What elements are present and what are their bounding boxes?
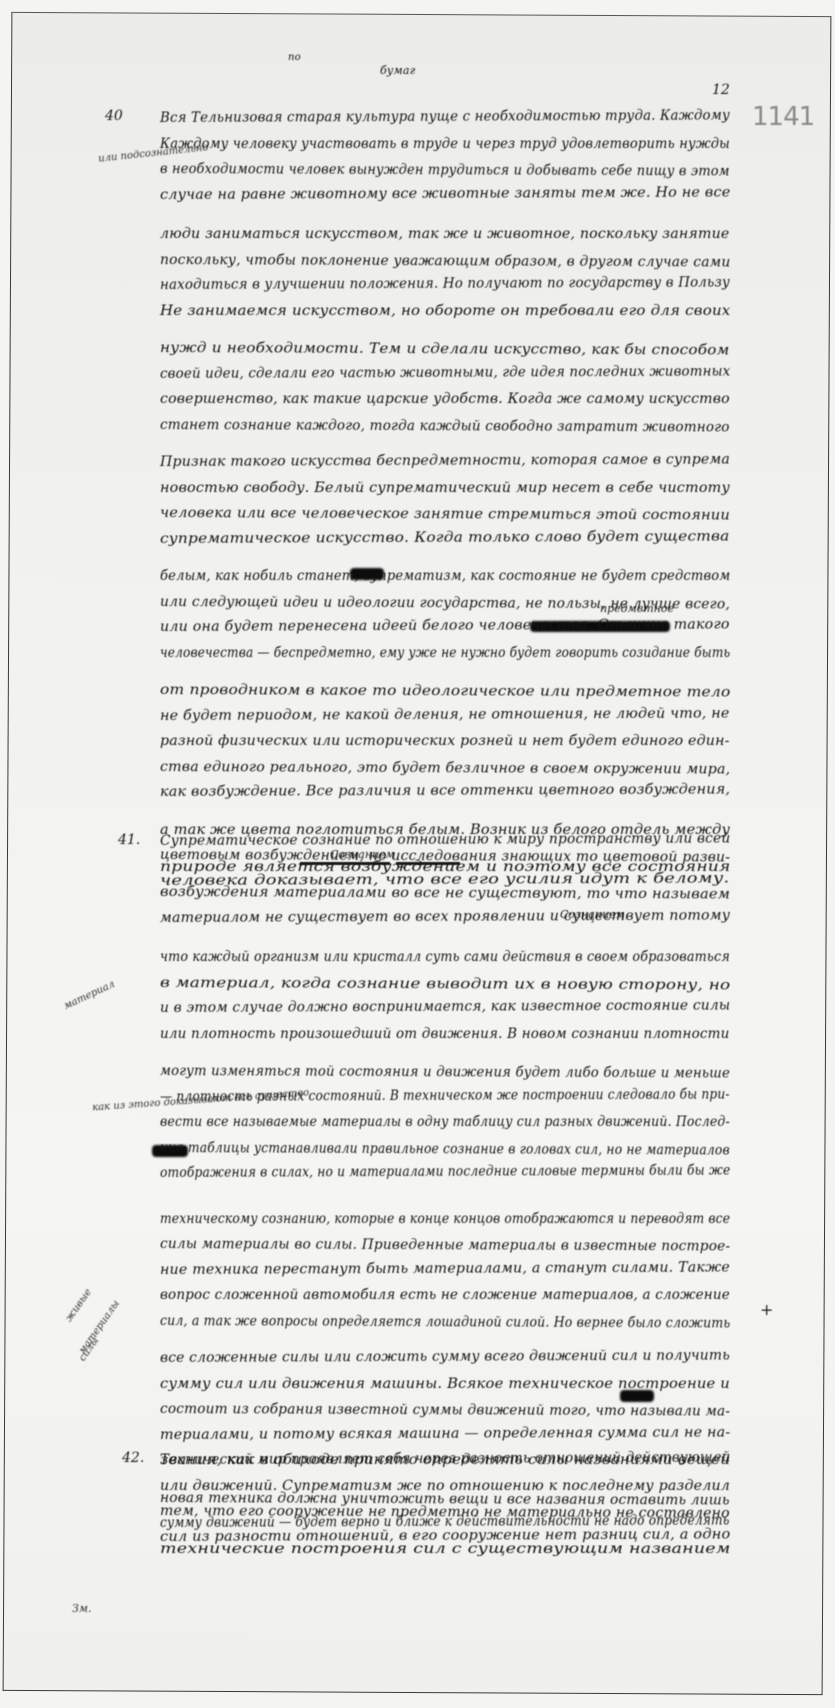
- section-number-40: 40: [105, 108, 123, 124]
- manuscript-line: возбуждения материалами во все не сущест…: [160, 884, 730, 902]
- manuscript-line: вести все называемые материалы в одну та…: [160, 1114, 730, 1130]
- manuscript-line: или следующей идеи и идеологии государст…: [160, 594, 730, 612]
- manuscript-line: станет сознание каждого, тогда каждый св…: [160, 417, 730, 435]
- manuscript-line: материалом не существует во всех проявле…: [160, 907, 730, 925]
- manuscript-line: техническому сознанию, которые в конце к…: [160, 1211, 730, 1227]
- manuscript-line: все сложенные силы или сложить сумму все…: [160, 1348, 730, 1366]
- manuscript-line: белым, как нобиль станет, супрематизм, к…: [160, 568, 730, 584]
- manuscript-line: Супрематическое сознание по отношению к …: [160, 831, 731, 849]
- manuscript-line: человечества — беспредметно, ему уже не …: [160, 645, 730, 661]
- manuscript-line: териалами, и потому всякая машина — опре…: [160, 1424, 730, 1442]
- manuscript-line: разной физических или исторических розне…: [160, 733, 730, 749]
- manuscript-line: в материал, когда сознание выводит их в …: [160, 975, 730, 993]
- header-top-mark: по: [288, 52, 301, 63]
- manuscript-line: Признак такого искусства беспредметности…: [160, 452, 730, 470]
- manuscript-line: своей идеи, сделали его частью животными…: [160, 363, 730, 381]
- manuscript-line: как возбуждение. Все различия и все отте…: [160, 782, 730, 800]
- manuscript-line: в необходимости человек вынужден трудить…: [160, 161, 730, 179]
- manuscript-line: что каждый организм или кристалл суть са…: [160, 949, 730, 965]
- manuscript-line: не будет периодом, не какой деления, не …: [160, 705, 730, 723]
- archive-stamp: 1141: [752, 102, 814, 132]
- manuscript-line: могут изменяться той состояния и движени…: [160, 1063, 730, 1081]
- manuscript-line: ства единого реального, это будет безлич…: [160, 759, 730, 777]
- header-subtitle: бумаг: [380, 64, 415, 77]
- manuscript-line: человека или все человеческое занятие ст…: [160, 505, 730, 523]
- manuscript-line: силы материалы во силы. Приведенные мате…: [160, 1236, 730, 1254]
- manuscript-line: новостью свободу. Белый супрематический …: [160, 480, 730, 496]
- manuscript-line: или движений. Супрематизм же по отношени…: [160, 1478, 730, 1494]
- section-number-42: 42.: [122, 1450, 144, 1466]
- manuscript-line: ние техника перестанут быть материалами,…: [160, 1259, 730, 1277]
- margin-plus-mark: +: [760, 1300, 773, 1319]
- manuscript-line: — плотность разных состояний. В техничес…: [160, 1086, 730, 1104]
- manuscript-line: совершенство, как такие царские удобств.…: [160, 391, 730, 407]
- manuscript-line: или плотность произошедший от движения. …: [160, 1026, 730, 1042]
- manuscript-line: природе является возбуждением и поэтому …: [160, 859, 731, 875]
- manuscript-line: и в этом случае должно воспринимается, к…: [160, 998, 730, 1016]
- manuscript-line: супрематическое искусство. Когда только …: [160, 528, 730, 546]
- manuscript-line: тем, что его сооружение не предметно не …: [160, 1503, 730, 1521]
- manuscript-line: Не занимаемся искусством, но обороте он …: [160, 303, 730, 319]
- manuscript-line: Каждому человеку участвовать в труде и ч…: [160, 136, 730, 152]
- redaction-blot: [620, 1390, 654, 1402]
- footer-mark: Зм.: [72, 1602, 91, 1615]
- manuscript-line: поскольку, чтобы поклонение уважающим об…: [160, 252, 731, 270]
- manuscript-line: сил из разности отношений, в его сооруже…: [160, 1526, 730, 1544]
- manuscript-line: ние таблицы устанавливали правильное соз…: [160, 1140, 730, 1158]
- manuscript-line: состоит из собрания известной суммы движ…: [160, 1401, 730, 1419]
- manuscript-line: или она будет перенесена идеей белого че…: [160, 617, 730, 635]
- manuscript-line: Технический мир проявляет себя через раз…: [160, 1450, 730, 1468]
- manuscript-line: люди заниматься искусством, так же и жив…: [160, 226, 729, 242]
- manuscript-line: сил, а так же вопросы определяется лошад…: [160, 1313, 730, 1331]
- manuscript-line: отображения в силах, но и материалами по…: [160, 1163, 730, 1181]
- section-number-41: 41.: [118, 832, 140, 848]
- manuscript-line: нужд и необходимости. Тем и сделали иску…: [160, 340, 730, 358]
- manuscript-line: Вся Тельнизовая старая культура пуще с н…: [160, 108, 730, 126]
- manuscript-line: случае на равне животному все животные з…: [160, 184, 731, 202]
- manuscript-line: сумму сил или движения машины. Всякое те…: [160, 1376, 730, 1392]
- manuscript-line: от проводником в какое то идеологическое…: [160, 682, 731, 700]
- manuscript-line: вопрос сложенной автомобиля есть не слож…: [160, 1287, 730, 1303]
- manuscript-line: находиться в улучшении положения. Но пол…: [160, 275, 730, 293]
- page-number: 12: [712, 82, 730, 98]
